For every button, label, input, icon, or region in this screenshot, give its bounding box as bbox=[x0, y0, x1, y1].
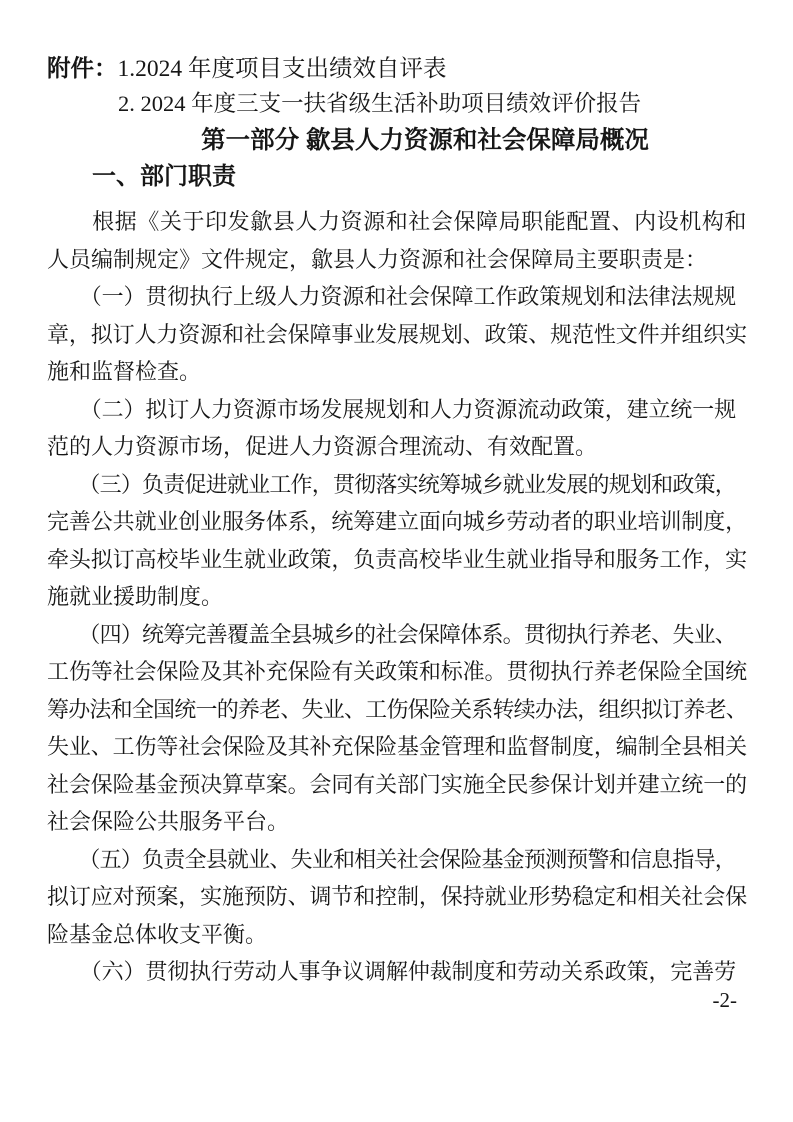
attachment-item-1: 1.2024 年度项目支出绩效自评表 bbox=[118, 56, 447, 82]
body-line: （四）统筹完善覆盖全县城乡的社会保障体系。贯彻执行养老、失业、 bbox=[47, 616, 747, 654]
body-line: 根据《关于印发歙县人力资源和社会保障局职能配置、内设机构和 bbox=[47, 203, 747, 241]
attachment-line-1: 附件：1.2024 年度项目支出绩效自评表 bbox=[47, 54, 747, 84]
body-line: 失业、工伤等社会保险及其补充保险基金管理和监督制度，编制全县相关 bbox=[47, 728, 747, 766]
body-line: 社会保险基金预决算草案。会同有关部门实施全民参保计划并建立统一的 bbox=[47, 766, 747, 804]
body-line: （一）贯彻执行上级人力资源和社会保障工作政策规划和法律法规规 bbox=[47, 278, 747, 316]
attachment-item-2: 2. 2024 年度三支一扶省级生活补助项目绩效评价报告 bbox=[118, 91, 641, 116]
body-line: 施就业援助制度。 bbox=[47, 578, 747, 616]
body-line: 筹办法和全国统一的养老、失业、工伤保险关系转续办法，组织拟订养老、 bbox=[47, 691, 747, 729]
body-line: 拟订应对预案，实施预防、调节和控制，保持就业形势稳定和相关社会保 bbox=[47, 878, 747, 916]
body-line: 施和监督检查。 bbox=[47, 353, 747, 391]
body-line: 牵头拟订高校毕业生就业政策，负责高校毕业生就业指导和服务工作，实 bbox=[47, 541, 747, 579]
body-line: 完善公共就业创业服务体系，统筹建立面向城乡劳动者的职业培训制度， bbox=[47, 503, 747, 541]
page-number: -2- bbox=[713, 988, 738, 1012]
attachment-label: 附件： bbox=[47, 56, 118, 82]
body-line: 工伤等社会保险及其补充保险有关政策和标准。贯彻执行养老保险全国统 bbox=[47, 653, 747, 691]
body-line: 社会保险公共服务平台。 bbox=[47, 803, 747, 841]
document-page: 附件：1.2024 年度项目支出绩效自评表 2. 2024 年度三支一扶省级生活… bbox=[0, 0, 793, 1122]
part-heading: 第一部分 歙县人力资源和社会保障局概况 bbox=[47, 125, 747, 157]
body-line: （三）负责促进就业工作，贯彻落实统筹城乡就业发展的规划和政策， bbox=[47, 466, 747, 504]
section-heading: 一、部门职责 bbox=[47, 162, 747, 192]
body-line: 范的人力资源市场，促进人力资源合理流动、有效配置。 bbox=[47, 428, 747, 466]
body-line: （二）拟订人力资源市场发展规划和人力资源流动政策，建立统一规 bbox=[47, 391, 747, 429]
body-line: 险基金总体收支平衡。 bbox=[47, 916, 747, 954]
attachment-line-2: 2. 2024 年度三支一扶省级生活补助项目绩效评价报告 bbox=[47, 89, 747, 119]
body-line: （六）贯彻执行劳动人事争议调解仲裁制度和劳动关系政策，完善劳 bbox=[47, 953, 747, 991]
body-line: （五）负责全县就业、失业和相关社会保险基金预测预警和信息指导， bbox=[47, 841, 747, 879]
body-line: 章，拟订人力资源和社会保障事业发展规划、政策、规范性文件并组织实 bbox=[47, 316, 747, 354]
body-line: 人员编制规定》文件规定，歙县人力资源和社会保障局主要职责是： bbox=[47, 241, 747, 279]
body-text: 根据《关于印发歙县人力资源和社会保障局职能配置、内设机构和人员编制规定》文件规定… bbox=[47, 203, 747, 991]
